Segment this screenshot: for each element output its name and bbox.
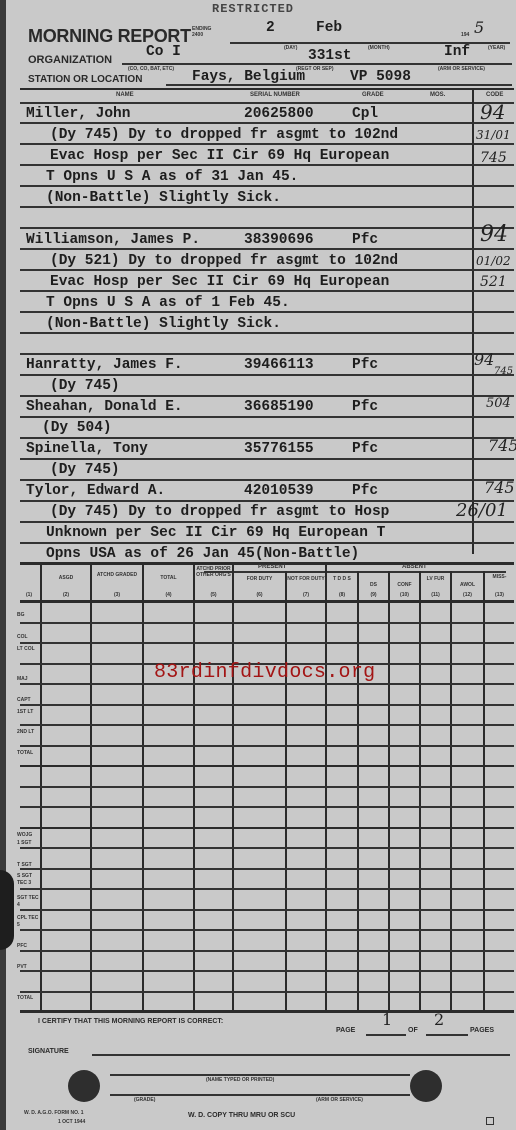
column-header-mos: MOS. <box>430 92 445 98</box>
signature-line <box>92 1054 510 1056</box>
month-label: (MONTH) <box>368 45 390 51</box>
grid-header-tdds: T D D S <box>327 576 357 582</box>
entry-remark-line: Unknown per Sec II Cir 69 Hq European T <box>46 525 385 541</box>
grid-row-label: 1ST LT <box>17 709 37 716</box>
grid-header-conf: CONF <box>390 582 419 588</box>
grid-header-num: (1) <box>18 592 40 598</box>
entry-grade: Pfc <box>352 483 378 499</box>
row-line <box>20 332 514 334</box>
grid-row-label: TOTAL <box>17 750 37 757</box>
certify-statement: I CERTIFY THAT THIS MORNING REPORT IS CO… <box>38 1018 223 1025</box>
grid-row-label: 1 SGT <box>17 840 31 846</box>
row-line <box>20 479 514 481</box>
grid-row-line <box>20 970 514 972</box>
row-line <box>20 437 514 439</box>
entry-name: Hanratty, James F. <box>26 357 183 373</box>
binder-hole-left <box>68 1070 100 1102</box>
page-label: PAGE <box>336 1027 355 1034</box>
entry-code: 31/01 <box>476 128 511 142</box>
row-line <box>20 269 514 271</box>
entry-name: Spinella, Tony <box>26 441 148 457</box>
entry-remark-line: Opns USA as of 26 Jan 45(Non-Battle) <box>46 546 359 562</box>
grid-reference: VP 5098 <box>350 69 411 85</box>
station-underline <box>166 84 512 86</box>
grid-row-line <box>20 847 514 849</box>
grid-header-num: (6) <box>234 592 285 598</box>
grid-row-label: PFC <box>17 943 27 949</box>
page-number: 1 <box>382 1010 392 1029</box>
grid-header-num: (5) <box>195 592 232 598</box>
organization-regiment: 331st <box>308 48 352 64</box>
signature-label: SIGNATURE <box>28 1048 69 1055</box>
grid-row-line <box>20 806 514 808</box>
grid-header-ds: DS <box>359 582 388 588</box>
grid-row-line <box>20 745 514 747</box>
grid-header-num: (12) <box>452 592 483 598</box>
entry-serial: 42010539 <box>244 483 314 499</box>
grid-group-divider <box>204 571 506 573</box>
row-line <box>20 164 514 166</box>
grid-header-num: (8) <box>327 592 357 598</box>
row-line <box>20 353 514 355</box>
org-sub-label-arm: (ARM OR SERVICE) <box>438 66 485 72</box>
grid-row-line <box>20 950 514 952</box>
entry-code: 94 <box>474 350 494 369</box>
org-sub-label-company: (CO, CO, BAT, ETC) <box>128 66 174 72</box>
entry-code: 94 <box>480 222 508 247</box>
grid-col-line <box>285 571 287 1010</box>
entry-remark-line: (Dy 745) <box>50 462 120 478</box>
grid-row-label: CAPT <box>17 697 31 703</box>
entry-remark-line: (Dy 504) <box>42 420 112 436</box>
organization-arm: Inf <box>444 44 470 60</box>
grade-arm-line <box>110 1094 410 1096</box>
entry-remark-line: Evac Hosp per Sec II Cir 69 Hq European <box>50 148 389 164</box>
page-underline <box>366 1034 406 1036</box>
entry-code: 94 <box>480 100 505 124</box>
grid-header-lv-fur: LV FUR <box>421 576 450 582</box>
entry-remark-line: T Opns U S A as of 31 Jan 45. <box>46 169 298 185</box>
row-line <box>20 542 514 544</box>
grid-col-line <box>419 571 421 1010</box>
copy-note: W. D. COPY THRU MRU OR SCU <box>188 1112 295 1119</box>
station-value: Fays, Belgium <box>192 69 305 85</box>
entry-name: Miller, John <box>26 106 130 122</box>
grid-header-num: (11) <box>421 592 450 598</box>
grid-row-label: LT COL <box>17 646 37 653</box>
row-line <box>20 500 514 502</box>
grid-header-bottom <box>20 600 514 603</box>
organization-company: Co I <box>146 44 181 60</box>
entry-grade: Pfc <box>352 441 378 457</box>
entry-grade: Pfc <box>352 357 378 373</box>
entry-remark-line: (Dy 521) Dy to dropped fr asgmt to 102nd <box>50 253 398 269</box>
grid-row-line <box>20 888 514 890</box>
entry-name: Williamson, James P. <box>26 232 200 248</box>
grid-row-line <box>20 622 514 624</box>
grid-row-label: MAJ <box>17 676 28 682</box>
watermark: 83rdinfdivdocs.org <box>154 661 375 684</box>
row-line <box>20 311 514 313</box>
entry-remark-line: (Dy 745) <box>50 378 120 394</box>
arm-label: (ARM OR SERVICE) <box>316 1097 363 1103</box>
entry-remark-line: (Dy 745) Dy to dropped fr asgmt to 102nd <box>50 127 398 143</box>
entry-code: 745 <box>494 366 513 377</box>
grid-row-line <box>20 704 514 706</box>
grid-row-label: S SGT TEC 3 <box>17 873 39 887</box>
grid-row-line <box>20 868 514 870</box>
entry-code: 01/02 <box>476 254 511 268</box>
grid-header-for-duty: FOR DUTY <box>234 576 285 582</box>
entry-code: 745 <box>488 436 516 455</box>
ending-label: ENDING 2400 <box>192 26 222 38</box>
grid-row-label: T SGT <box>17 862 32 868</box>
pages-label: PAGES <box>470 1027 494 1034</box>
binder-shadow <box>0 870 14 950</box>
binder-hole-right <box>410 1070 442 1102</box>
entry-remark-line: Evac Hosp per Sec II Cir 69 Hq European <box>50 274 389 290</box>
grid-row-line <box>20 724 514 726</box>
column-header-serial: SERIAL NUMBER <box>250 92 300 98</box>
grid-col-line <box>357 571 359 1010</box>
entry-remark-line: T Opns U S A as of 1 Feb 45. <box>46 295 290 311</box>
grid-header-num: (4) <box>144 592 193 598</box>
report-day: 2 <box>266 20 275 36</box>
column-header-code: CODE <box>486 92 503 98</box>
row-line <box>20 395 514 397</box>
grid-header-awol: AWOL <box>452 582 483 588</box>
grid-col-line <box>388 571 390 1010</box>
entry-serial: 20625800 <box>244 106 314 122</box>
form-date: 1 OCT 1944 <box>58 1119 85 1125</box>
entry-name: Tylor, Edward A. <box>26 483 165 499</box>
table-top-border <box>20 88 514 90</box>
grid-header-num: (3) <box>92 592 142 598</box>
grid-group-present: PRESENT <box>258 564 286 570</box>
grid-row-line <box>20 765 514 767</box>
row-line <box>20 143 514 145</box>
form-number: W. D. A.G.O. FORM NO. 1 <box>24 1110 84 1116</box>
checkbox-icon <box>486 1117 494 1125</box>
grid-header-num: (2) <box>42 592 90 598</box>
row-line <box>20 206 514 208</box>
grid-row-line <box>20 827 514 829</box>
grid-header-num: (7) <box>287 592 325 598</box>
grid-header-num: (13) <box>485 592 514 598</box>
grid-header-atchd-prior: ATCHD PRIOR OTHER ORG'S <box>195 566 232 578</box>
grid-header-num: (10) <box>390 592 419 598</box>
grid-row-label: WOJG <box>17 832 39 839</box>
row-line <box>20 227 514 229</box>
row-line <box>20 458 514 460</box>
entry-code: 745 <box>480 150 507 166</box>
row-line <box>20 122 514 124</box>
row-line <box>20 185 514 187</box>
year-prefix: 194 <box>461 32 469 38</box>
entry-serial: 35776155 <box>244 441 314 457</box>
classification-stamp: RESTRICTED <box>212 2 294 16</box>
row-line <box>20 290 514 292</box>
column-header-grade: GRADE <box>362 92 384 98</box>
name-typed-line <box>110 1074 410 1076</box>
year-label: (YEAR) <box>488 45 505 51</box>
total-pages: 2 <box>434 1010 444 1029</box>
organization-label: ORGANIZATION <box>28 54 112 66</box>
grid-row-line <box>20 642 514 644</box>
morning-report-sheet: RESTRICTED MORNING REPORT ENDING 2400 2 … <box>6 0 516 1130</box>
grid-row-label: 2ND LT <box>17 729 37 736</box>
entry-serial: 38390696 <box>244 232 314 248</box>
report-month: Feb <box>316 20 342 36</box>
code-column-divider <box>472 88 474 554</box>
row-line <box>20 416 514 418</box>
grade-label: (GRADE) <box>134 1097 155 1103</box>
grid-header-total: TOTAL <box>144 575 193 581</box>
entry-remark-line: (Dy 745) Dy to dropped fr asgmt to Hosp <box>50 504 389 520</box>
pages-underline <box>426 1034 468 1036</box>
entry-remark-line: (Non-Battle) Slightly Sick. <box>46 316 281 332</box>
entry-code: 521 <box>480 274 507 290</box>
entry-grade: Cpl <box>352 106 378 122</box>
grid-header-asgd: ASGD <box>42 575 90 581</box>
grid-row-line <box>20 909 514 911</box>
report-year: 5 <box>474 18 484 37</box>
column-header-name: NAME <box>116 92 134 98</box>
grid-header-not-for-duty: NOT FOR DUTY <box>287 576 325 582</box>
row-line <box>20 521 514 523</box>
entry-code: 26/01 <box>456 500 508 521</box>
name-typed-label: (NAME TYPED OR PRINTED) <box>206 1077 274 1083</box>
entry-remark-line: (Non-Battle) Slightly Sick. <box>46 190 281 206</box>
grid-row-label: CPL TEC 5 <box>17 915 39 929</box>
grid-col-line <box>450 571 452 1010</box>
entry-code: 745 <box>484 478 515 497</box>
grid-header-atchd: ATCHD GRADED <box>92 572 142 578</box>
grid-row-label: BG <box>17 612 25 618</box>
column-header-bottom <box>20 102 514 104</box>
grid-row-line <box>20 786 514 788</box>
entry-grade: Pfc <box>352 232 378 248</box>
entry-grade: Pfc <box>352 399 378 415</box>
row-line <box>20 248 514 250</box>
grid-row-label: PVT <box>17 964 27 970</box>
station-label: STATION OR LOCATION <box>28 74 142 85</box>
day-label: (DAY) <box>284 45 297 51</box>
grid-row-line <box>20 929 514 931</box>
grid-header-missing: MISS- <box>485 574 514 580</box>
entry-serial: 39466113 <box>244 357 314 373</box>
grid-row-label: TOTAL <box>17 995 37 1001</box>
grid-group-absent: ABSENT <box>402 564 427 570</box>
grid-row-line <box>20 991 514 993</box>
grid-row-label: COL <box>17 634 28 640</box>
row-line <box>20 374 514 376</box>
entry-serial: 36685190 <box>244 399 314 415</box>
grid-header-num: (9) <box>359 592 388 598</box>
grid-row-label: SGT TEC 4 <box>17 895 39 909</box>
grid-col-line <box>483 571 485 1010</box>
entry-name: Sheahan, Donald E. <box>26 399 183 415</box>
organization-underline <box>122 63 512 65</box>
of-label: OF <box>408 1027 418 1034</box>
entry-code: 504 <box>486 396 511 411</box>
